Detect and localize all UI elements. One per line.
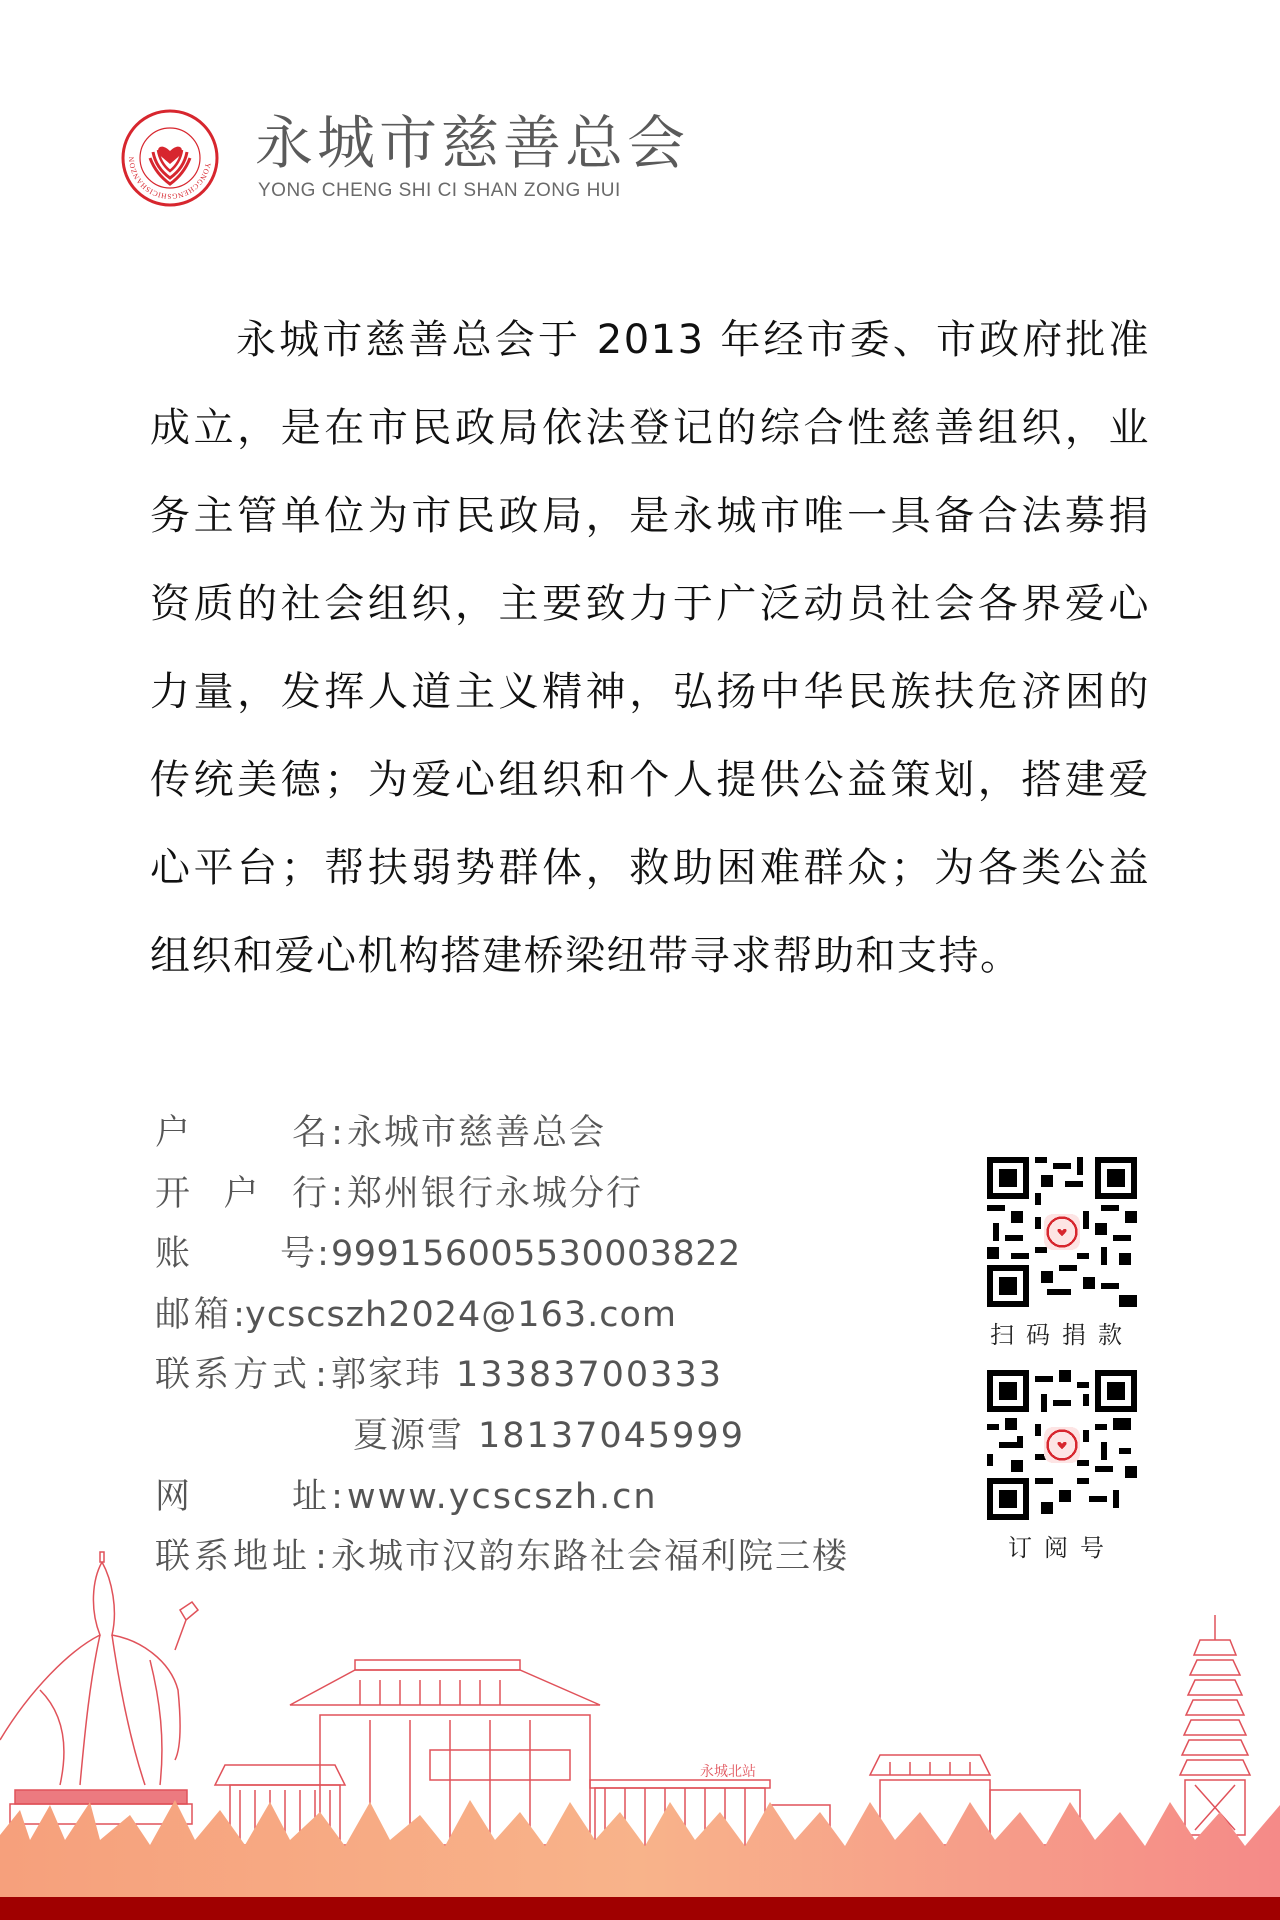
landmarks-line-art-icon: 永城北站 bbox=[0, 1540, 1280, 1900]
station-sign: 永城北站 bbox=[700, 1763, 756, 1780]
account-no-value[interactable]: 99915600553000382​2 bbox=[331, 1226, 741, 1287]
bank-label: 开 户 行 bbox=[155, 1166, 327, 1227]
org-pinyin: YONG CHENG SHI CI SHAN ZONG HUI bbox=[258, 180, 621, 202]
email-row: 邮箱 : ycscszh2024@163.com bbox=[155, 1287, 935, 1348]
intro-line: 永城市慈善总会于 2013 年经市委、市政府批准 bbox=[150, 310, 1150, 398]
account-no-label: 账 号 bbox=[155, 1226, 315, 1287]
city-landmarks-illustration: 永城北站 bbox=[0, 1540, 1280, 1900]
account-name-row: 户 名 : 永城市慈善总会 bbox=[155, 1105, 935, 1166]
qr-code-subscribe-icon[interactable] bbox=[987, 1370, 1137, 1520]
email-label: 邮箱 bbox=[155, 1287, 233, 1348]
phone-label: 联系方式 bbox=[155, 1347, 311, 1408]
charity-logo: YONGCHENGSHICISHANZONGHUI bbox=[120, 108, 220, 208]
footer-band bbox=[0, 1897, 1280, 1920]
heart-emblem-icon: YONGCHENGSHICISHANZONGHUI bbox=[120, 108, 220, 208]
phone-contact-name: 夏源雪 bbox=[353, 1408, 464, 1469]
bank-value: 郑州银行永城分行 bbox=[347, 1166, 643, 1227]
intro-line: 成立，是在市民政局依法登记的综合性慈善组织，业 bbox=[150, 398, 1150, 486]
phone-row-2: 夏源雪 18137045999 bbox=[155, 1408, 935, 1469]
account-name-value: 永城市慈善总会 bbox=[347, 1105, 606, 1166]
phone-row: 联系方式 : 郭家玮 13383700333 bbox=[155, 1347, 935, 1408]
account-no-row: 账 号 : 99915600553000382​2 bbox=[155, 1226, 935, 1287]
phone-contact-name: 郭家玮 bbox=[331, 1347, 442, 1408]
intro-line: 资质的社会组织，主要致力于广泛动员社会各界爱心 bbox=[150, 574, 1150, 662]
intro-paragraph: 永城市慈善总会于 2013 年经市委、市政府批准 成立，是在市民政局依法登记的综… bbox=[150, 310, 1150, 1014]
phone-number[interactable]: 18137045999 bbox=[478, 1408, 745, 1469]
bank-row: 开 户 行 : 郑州银行永城分行 bbox=[155, 1166, 935, 1227]
intro-line: 心平台；帮扶弱势群体，救助困难群众；为各类公益 bbox=[150, 838, 1150, 926]
qr-donate-label: 扫码捐款 bbox=[977, 1315, 1147, 1350]
website-link[interactable]: www.ycscszh.cn bbox=[347, 1469, 658, 1530]
website-row: 网 址 : www.ycscszh.cn bbox=[155, 1469, 935, 1530]
intro-line: 务主管单位为市民政局，是永城市唯一具备合法募捐 bbox=[150, 486, 1150, 574]
website-label: 网 址 bbox=[155, 1469, 327, 1530]
org-title: 永城市慈善总会 bbox=[255, 108, 689, 178]
email-link[interactable]: ycscszh2024@163.com bbox=[245, 1287, 677, 1348]
intro-line: 传统美德；为爱心组织和个人提供公益策划，搭建爱 bbox=[150, 750, 1150, 838]
phone-number[interactable]: 13383700333 bbox=[456, 1347, 723, 1408]
contact-info: 户 名 : 永城市慈善总会 开 户 行 : 郑州银行永城分行 账 号 : 999… bbox=[155, 1105, 935, 1590]
account-name-label: 户 名 bbox=[155, 1105, 327, 1166]
intro-line: 组织和爱心机构搭建桥梁纽带寻求帮助和支持。 bbox=[150, 926, 1150, 1014]
qr-code-donate-icon[interactable] bbox=[987, 1157, 1137, 1307]
intro-line: 力量，发挥人道主义精神，弘扬中华民族扶危济困的 bbox=[150, 662, 1150, 750]
